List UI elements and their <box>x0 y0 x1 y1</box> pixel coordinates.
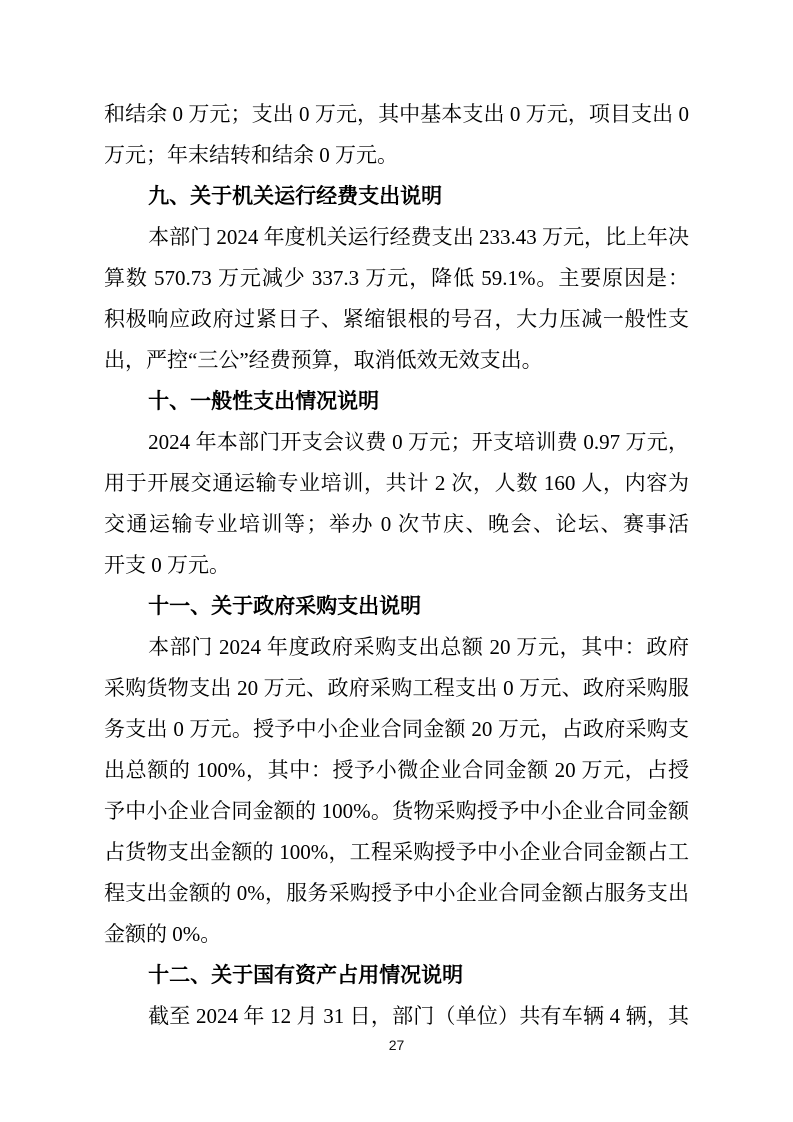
paragraph-line: 万元；年末结转和结余 0 万元。 <box>104 135 689 176</box>
paragraph-line: 和结余 0 万元；支出 0 万元，其中基本支出 0 万元，项目支出 0 <box>104 94 689 135</box>
paragraph-line: 算数 570.73 万元减少 337.3 万元，降低 59.1%。主要原因是： <box>104 258 689 299</box>
section-heading: 十一、关于政府采购支出说明 <box>104 586 689 627</box>
page-number: 27 <box>0 1034 793 1056</box>
paragraph-line: 本部门 2024 年度机关运行经费支出 233.43 万元，比上年决 <box>104 217 689 258</box>
paragraph-line: 出总额的 100%，其中：授予小微企业合同金额 20 万元，占授 <box>104 750 689 791</box>
paragraph-line: 出，严控“三公”经费预算，取消低效无效支出。 <box>104 340 689 381</box>
paragraph-line: 交通运输专业培训等；举办 0 次节庆、晚会、论坛、赛事活动， <box>104 504 689 545</box>
paragraph-line: 用于开展交通运输专业培训，共计 2 次，人数 160 人，内容为 <box>104 463 689 504</box>
document-page: 和结余 0 万元；支出 0 万元，其中基本支出 0 万元，项目支出 0万元；年末… <box>0 0 793 1122</box>
paragraph-line: 积极响应政府过紧日子、紧缩银根的号召，大力压减一般性支 <box>104 299 689 340</box>
paragraph-line: 采购货物支出 20 万元、政府采购工程支出 0 万元、政府采购服 <box>104 668 689 709</box>
paragraph-line: 务支出 0 万元。授予中小企业合同金额 20 万元，占政府采购支 <box>104 709 689 750</box>
section-heading: 十、一般性支出情况说明 <box>104 381 689 422</box>
paragraph-line: 开支 0 万元。 <box>104 545 689 586</box>
paragraph-line: 程支出金额的 0%，服务采购授予中小企业合同金额占服务支出 <box>104 873 689 914</box>
document-body: 和结余 0 万元；支出 0 万元，其中基本支出 0 万元，项目支出 0万元；年末… <box>104 94 689 1037</box>
paragraph-line: 本部门 2024 年度政府采购支出总额 20 万元，其中：政府 <box>104 627 689 668</box>
paragraph-line: 2024 年本部门开支会议费 0 万元；开支培训费 0.97 万元， <box>104 422 689 463</box>
paragraph-line: 予中小企业合同金额的 100%。货物采购授予中小企业合同金额 <box>104 791 689 832</box>
section-heading: 十二、关于国有资产占用情况说明 <box>104 955 689 996</box>
section-heading: 九、关于机关运行经费支出说明 <box>104 176 689 217</box>
paragraph-line: 截至 2024 年 12 月 31 日，部门（单位）共有车辆 4 辆，其 <box>104 996 689 1037</box>
paragraph-line: 占货物支出金额的 100%，工程采购授予中小企业合同金额占工 <box>104 832 689 873</box>
paragraph-line: 金额的 0%。 <box>104 914 689 955</box>
